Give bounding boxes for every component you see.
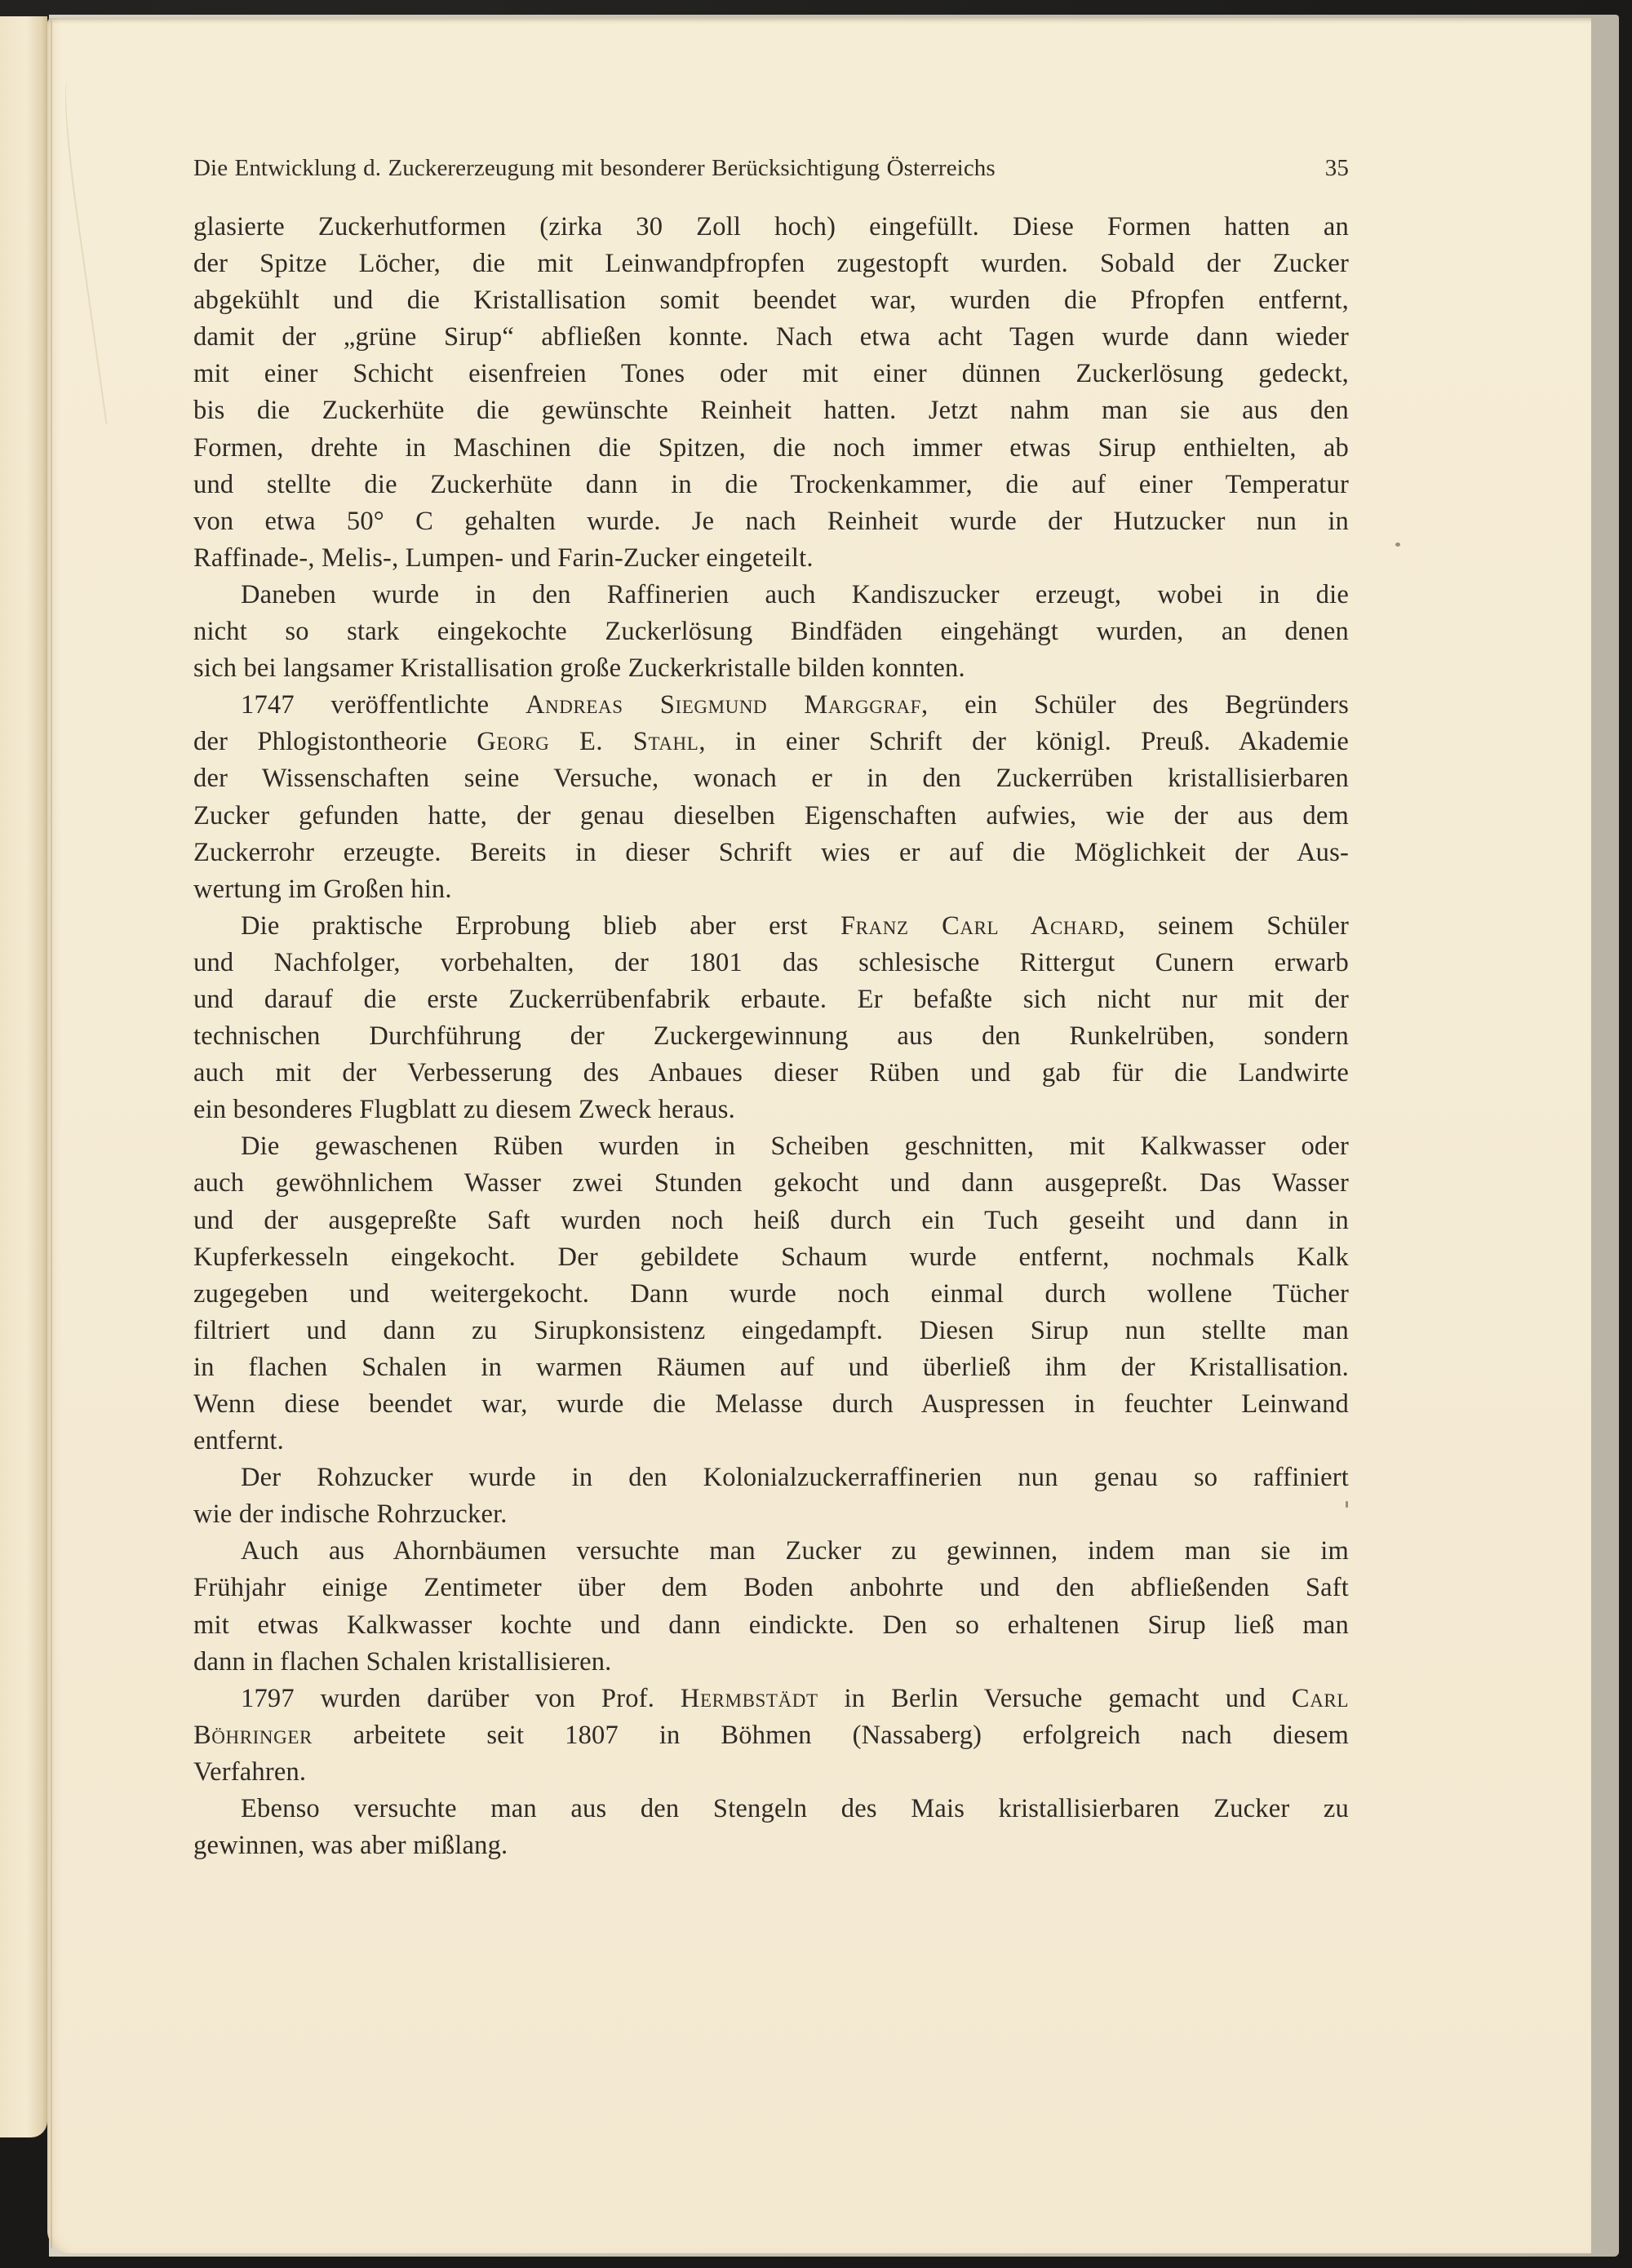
person-name: Böhringer bbox=[193, 1721, 313, 1750]
text-line: zugegeben und weitergekocht. Dann wurde … bbox=[193, 1276, 1349, 1313]
text-line: Verfahren. bbox=[193, 1754, 1349, 1791]
text-line: wertung im Großen hin. bbox=[193, 871, 1349, 908]
text-run: , seinem Schüler bbox=[1119, 911, 1349, 941]
body-text: glasierte Zuckerhutformen (zirka 30 Zoll… bbox=[193, 209, 1349, 1864]
text-line: wie der indische Rohrzucker. bbox=[193, 1496, 1349, 1533]
previous-page-edge bbox=[0, 16, 47, 2137]
text-line: und stellte die Zuckerhüte dann in die T… bbox=[193, 467, 1349, 503]
text-line: in flachen Schalen in warmen Räumen auf … bbox=[193, 1349, 1349, 1386]
text-line: auch gewöhnlichem Wasser zwei Stunden ge… bbox=[193, 1165, 1349, 1202]
text-line: der Wissenschaften seine Versuche, wonac… bbox=[193, 760, 1349, 797]
text-run: 1797 wurden darüber von Prof. bbox=[241, 1684, 681, 1713]
paragraph: Daneben wurde in den Raffinerien auch Ka… bbox=[193, 577, 1349, 687]
text-line: Auch aus Ahornbäumen versuchte man Zucke… bbox=[193, 1533, 1349, 1570]
paragraph: Die gewaschenen Rüben wurden in Scheiben… bbox=[193, 1128, 1349, 1460]
text-line: Böhringer arbeitete seit 1807 in Böhmen … bbox=[193, 1717, 1349, 1754]
text-line: technischen Durchführung der Zuckergewin… bbox=[193, 1018, 1349, 1055]
paragraph: Auch aus Ahornbäumen versuchte man Zucke… bbox=[193, 1533, 1349, 1680]
person-name: Georg E. Stahl bbox=[477, 727, 698, 756]
text-line: mit etwas Kalkwasser kochte und dann ein… bbox=[193, 1607, 1349, 1644]
text-line: und darauf die erste Zuckerrübenfabrik e… bbox=[193, 981, 1349, 1018]
text-line: Formen, drehte in Maschinen die Spitzen,… bbox=[193, 430, 1349, 467]
paragraph: glasierte Zuckerhutformen (zirka 30 Zoll… bbox=[193, 209, 1349, 577]
text-line: ein besonderes Flugblatt zu diesem Zweck… bbox=[193, 1092, 1349, 1128]
person-name: Hermbstädt bbox=[681, 1684, 818, 1713]
text-line: Ebenso versuchte man aus den Stengeln de… bbox=[193, 1791, 1349, 1827]
paragraph: 1747 veröffentlichte Andreas Siegmund Ma… bbox=[193, 687, 1349, 908]
page-number: 35 bbox=[1325, 152, 1349, 184]
text-line: Die praktische Erprobung blieb aber erst… bbox=[193, 908, 1349, 945]
text-line: entfernt. bbox=[193, 1423, 1349, 1460]
text-run: , in einer Schrift der königl. Preuß. Ak… bbox=[698, 727, 1349, 756]
text-line: Der Rohzucker wurde in den Kolonialzucke… bbox=[193, 1460, 1349, 1496]
text-line: gewinnen, was aber mißlang. bbox=[193, 1827, 1349, 1864]
text-line: Daneben wurde in den Raffinerien auch Ka… bbox=[193, 577, 1349, 614]
person-name: Franz Carl Achard bbox=[840, 911, 1119, 941]
text-line: und Nachfolger, vorbehalten, der 1801 da… bbox=[193, 945, 1349, 981]
text-run: arbeitete seit 1807 in Böhmen (Nassaberg… bbox=[313, 1721, 1349, 1750]
text-line: Frühjahr einige Zentimeter über dem Bode… bbox=[193, 1570, 1349, 1606]
page-gutter-line bbox=[51, 21, 52, 2248]
text-line: Kupferkesseln eingekocht. Der gebildete … bbox=[193, 1239, 1349, 1276]
text-line: Wenn diese beendet war, wurde die Melass… bbox=[193, 1386, 1349, 1423]
running-head: Die Entwicklung d. Zuckererzeugung mit b… bbox=[193, 152, 1349, 184]
paragraph: Ebenso versuchte man aus den Stengeln de… bbox=[193, 1791, 1349, 1864]
paragraph: 1797 wurden darüber von Prof. Hermbstädt… bbox=[193, 1681, 1349, 1791]
paragraph: Der Rohzucker wurde in den Kolonialzucke… bbox=[193, 1460, 1349, 1533]
text-line: Die gewaschenen Rüben wurden in Scheiben… bbox=[193, 1128, 1349, 1165]
text-line: 1797 wurden darüber von Prof. Hermbstädt… bbox=[193, 1681, 1349, 1717]
text-line: Zuckerrohr erzeugte. Bereits in dieser S… bbox=[193, 835, 1349, 871]
running-head-title: Die Entwicklung d. Zuckererzeugung mit b… bbox=[193, 152, 996, 184]
text-line: bis die Zuckerhüte die gewünschte Reinhe… bbox=[193, 392, 1349, 429]
text-line: der Spitze Löcher, die mit Leinwandpfrop… bbox=[193, 246, 1349, 282]
text-line: und der ausgepreßte Saft wurden noch hei… bbox=[193, 1203, 1349, 1239]
text-line: der Phlogistontheorie Georg E. Stahl, in… bbox=[193, 724, 1349, 760]
page-text-block: Die Entwicklung d. Zuckererzeugung mit b… bbox=[193, 152, 1349, 1864]
text-line: nicht so stark eingekochte Zuckerlösung … bbox=[193, 614, 1349, 650]
text-run: Die praktische Erprobung blieb aber erst bbox=[241, 911, 840, 941]
person-name: Carl bbox=[1292, 1684, 1349, 1713]
text-line: abgekühlt und die Kristallisation somit … bbox=[193, 282, 1349, 319]
text-line: Zucker gefunden hatte, der genau dieselb… bbox=[193, 798, 1349, 835]
text-line: 1747 veröffentlichte Andreas Siegmund Ma… bbox=[193, 687, 1349, 724]
text-line: glasierte Zuckerhutformen (zirka 30 Zoll… bbox=[193, 209, 1349, 246]
text-line: mit einer Schicht eisenfreien Tones oder… bbox=[193, 356, 1349, 392]
text-run: , ein Schüler des Begründers bbox=[921, 690, 1349, 720]
text-line: filtriert und dann zu Sirupkonsistenz ei… bbox=[193, 1313, 1349, 1349]
person-name: Andreas Siegmund Marggraf bbox=[526, 690, 921, 720]
text-line: sich bei langsamer Kristallisation große… bbox=[193, 650, 1349, 687]
text-line: Raffinade-, Melis-, Lumpen- und Farin-Zu… bbox=[193, 540, 1349, 577]
text-line: auch mit der Verbesserung des Anbaues di… bbox=[193, 1055, 1349, 1092]
text-line: damit der „grüne Sirup“ abfließen konnte… bbox=[193, 319, 1349, 356]
paragraph: Die praktische Erprobung blieb aber erst… bbox=[193, 908, 1349, 1129]
text-run: 1747 veröffentlichte bbox=[241, 690, 526, 720]
text-line: dann in flachen Schalen kristallisieren. bbox=[193, 1644, 1349, 1681]
text-run: in Berlin Versuche gemacht und bbox=[818, 1684, 1292, 1713]
text-run: der Phlogistontheorie bbox=[193, 727, 477, 756]
text-line: von etwa 50° C gehalten wurde. Je nach R… bbox=[193, 503, 1349, 540]
paper-speck bbox=[1395, 543, 1400, 547]
